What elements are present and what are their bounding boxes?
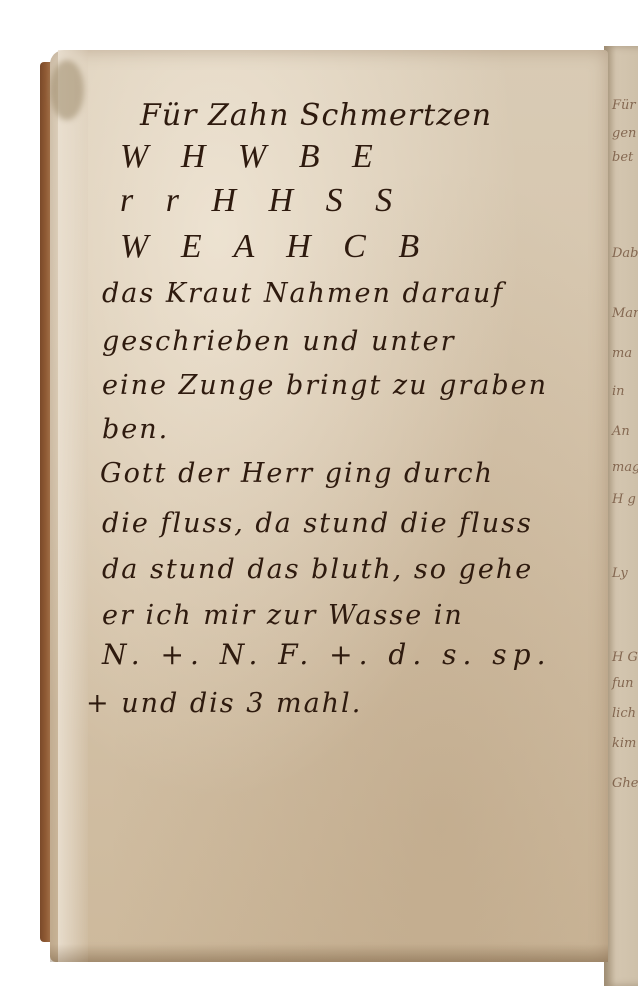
letter-charm-line: r r H H S S [120, 182, 404, 220]
adjacent-fragment: kim [612, 736, 636, 751]
text-line: er ich mir zur Wasse in [102, 600, 464, 631]
adjacent-fragment: Für [612, 98, 636, 113]
adjacent-fragment: lich [612, 706, 636, 721]
text-line: die fluss, da stund die fluss [102, 508, 533, 539]
adjacent-fragment: ma [612, 346, 632, 361]
text-line: Gott der Herr ging durch [100, 458, 494, 489]
adjacent-fragment: gen [612, 126, 636, 141]
adjacent-fragment: H G [612, 650, 638, 665]
text-line: eine Zunge bringt zu graben [102, 370, 548, 401]
manuscript-photo: Für gen bet Dab Man ma in An mag H g Ly … [0, 0, 638, 1000]
adjacent-fragment: bet [612, 150, 633, 165]
adjacent-fragment: fun [612, 676, 634, 691]
adjacent-fragment: Ghe [612, 776, 638, 791]
text-line: da stund das bluth, so gehe [102, 554, 533, 585]
adjacent-fragment: Dab [612, 246, 638, 261]
text-line: ben. [102, 414, 169, 445]
text-line: geschrieben und unter [102, 326, 456, 357]
text-line: das Kraut Nahmen darauf [102, 278, 504, 309]
letter-charm-line: W H W B E [120, 138, 385, 176]
adjacent-fragment: An [612, 424, 630, 439]
heading-line: Für Zahn Schmertzen [140, 98, 492, 133]
adjacent-page: Für gen bet Dab Man ma in An mag H g Ly … [604, 46, 638, 986]
adjacent-fragment: Ly [612, 566, 628, 581]
page-stain [50, 60, 84, 120]
page-fold [58, 50, 88, 962]
text-line: + und dis 3 mahl. [86, 688, 362, 719]
adjacent-fragment: H g [612, 492, 636, 507]
adjacent-fragment: mag [612, 460, 638, 475]
page-shadow [50, 944, 608, 962]
cross-sign-line: N. +. N. F. +. d. s. sp. [102, 638, 552, 671]
adjacent-fragment: Man [612, 306, 638, 321]
adjacent-fragment: in [612, 384, 625, 399]
letter-charm-line: W E A H C B [120, 228, 431, 266]
